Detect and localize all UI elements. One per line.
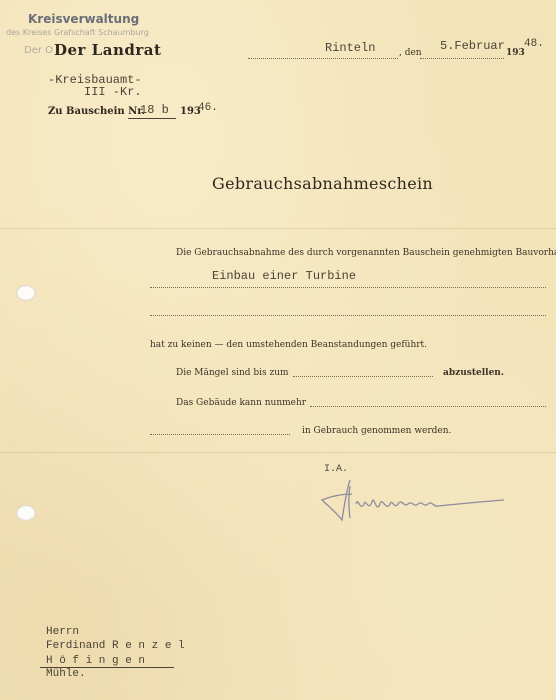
result-text: hat zu keinen — den umstehenden Beanstan… [150,340,427,350]
usage-line [150,434,290,435]
intro-text: Die Gebrauchsabnahme des durch vorgenann… [176,248,556,258]
date-line [420,58,504,59]
defects-suffix: abzustellen. [443,368,504,378]
date: 5.Februar [440,39,505,53]
building-suffix: in Gebrauch genommen werden. [302,426,451,436]
stamp-line-2: des Kreises Grafschaft Schaumburg [6,28,149,37]
document-title: Gebrauchsabnahmeschein [212,174,433,193]
punch-hole [16,285,36,301]
paper-fold [0,452,556,453]
building-line [310,406,546,407]
permit-number: 18 b [140,103,169,117]
recipient-salutation: Herrn [46,626,79,638]
stamp-line-1: Kreisverwaltung [28,12,139,26]
year-prefix: 193 [506,48,525,58]
sub-department: III -Kr. [84,85,142,99]
paper-fold [0,228,556,229]
project-line-2 [150,315,546,316]
building-prefix: Das Gebäude kann nunmehr [176,398,306,408]
project-description: Einbau einer Turbine [212,269,356,283]
punch-hole [16,505,36,521]
place-line [248,58,398,59]
place: Rinteln [325,41,375,55]
on-behalf-label: I.A. [324,464,348,475]
signature-icon [318,478,508,524]
den-label: , den [399,48,422,58]
stamp-line-3: Der O [24,45,53,56]
year-suffix: 48. [524,38,544,50]
issuer-title: Der Landrat [54,41,161,59]
defects-date-line [293,376,433,377]
permit-year-suffix: 46. [198,102,218,114]
project-line-1 [150,287,546,288]
defects-prefix: Die Mängel sind bis zum [176,368,289,378]
recipient-location-detail: Mühle. [46,668,86,680]
recipient-name: Ferdinand R e n z e l [46,640,185,652]
permit-number-line [128,118,176,119]
permit-label: Zu Bauschein Nr. [48,106,145,117]
recipient-place: H ö f i n g e n [46,655,145,667]
